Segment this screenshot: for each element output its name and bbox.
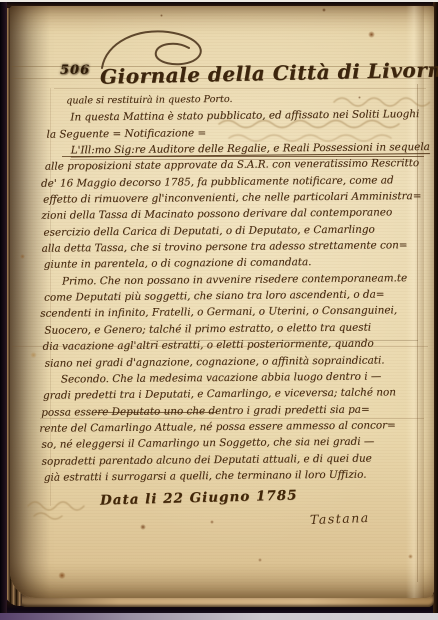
fox-spot [322, 8, 326, 12]
fox-spot [140, 524, 146, 530]
fox-spot [58, 572, 66, 579]
manuscript-lines: quale si restituirà in questo Porto.In q… [8, 90, 432, 486]
book-binding [0, 0, 7, 620]
signature: Tastana [310, 510, 370, 527]
manuscript-page: 506 Giornale della Città di Livorno qual… [10, 6, 434, 598]
book-scan: 506 Giornale della Città di Livorno qual… [0, 0, 438, 620]
scanner-bottom-strip [0, 613, 438, 620]
scanner-top-strip [0, 0, 438, 2]
page-number: 506 [60, 63, 90, 78]
fox-spot [408, 554, 413, 559]
fox-spot [368, 31, 375, 38]
fox-spot [258, 558, 262, 562]
fox-spot [160, 14, 163, 17]
fox-spot [210, 520, 214, 524]
manuscript-line: In questa Mattina è stato pubblicato, ed… [70, 106, 428, 126]
bleedthrough-marks [24, 496, 94, 522]
